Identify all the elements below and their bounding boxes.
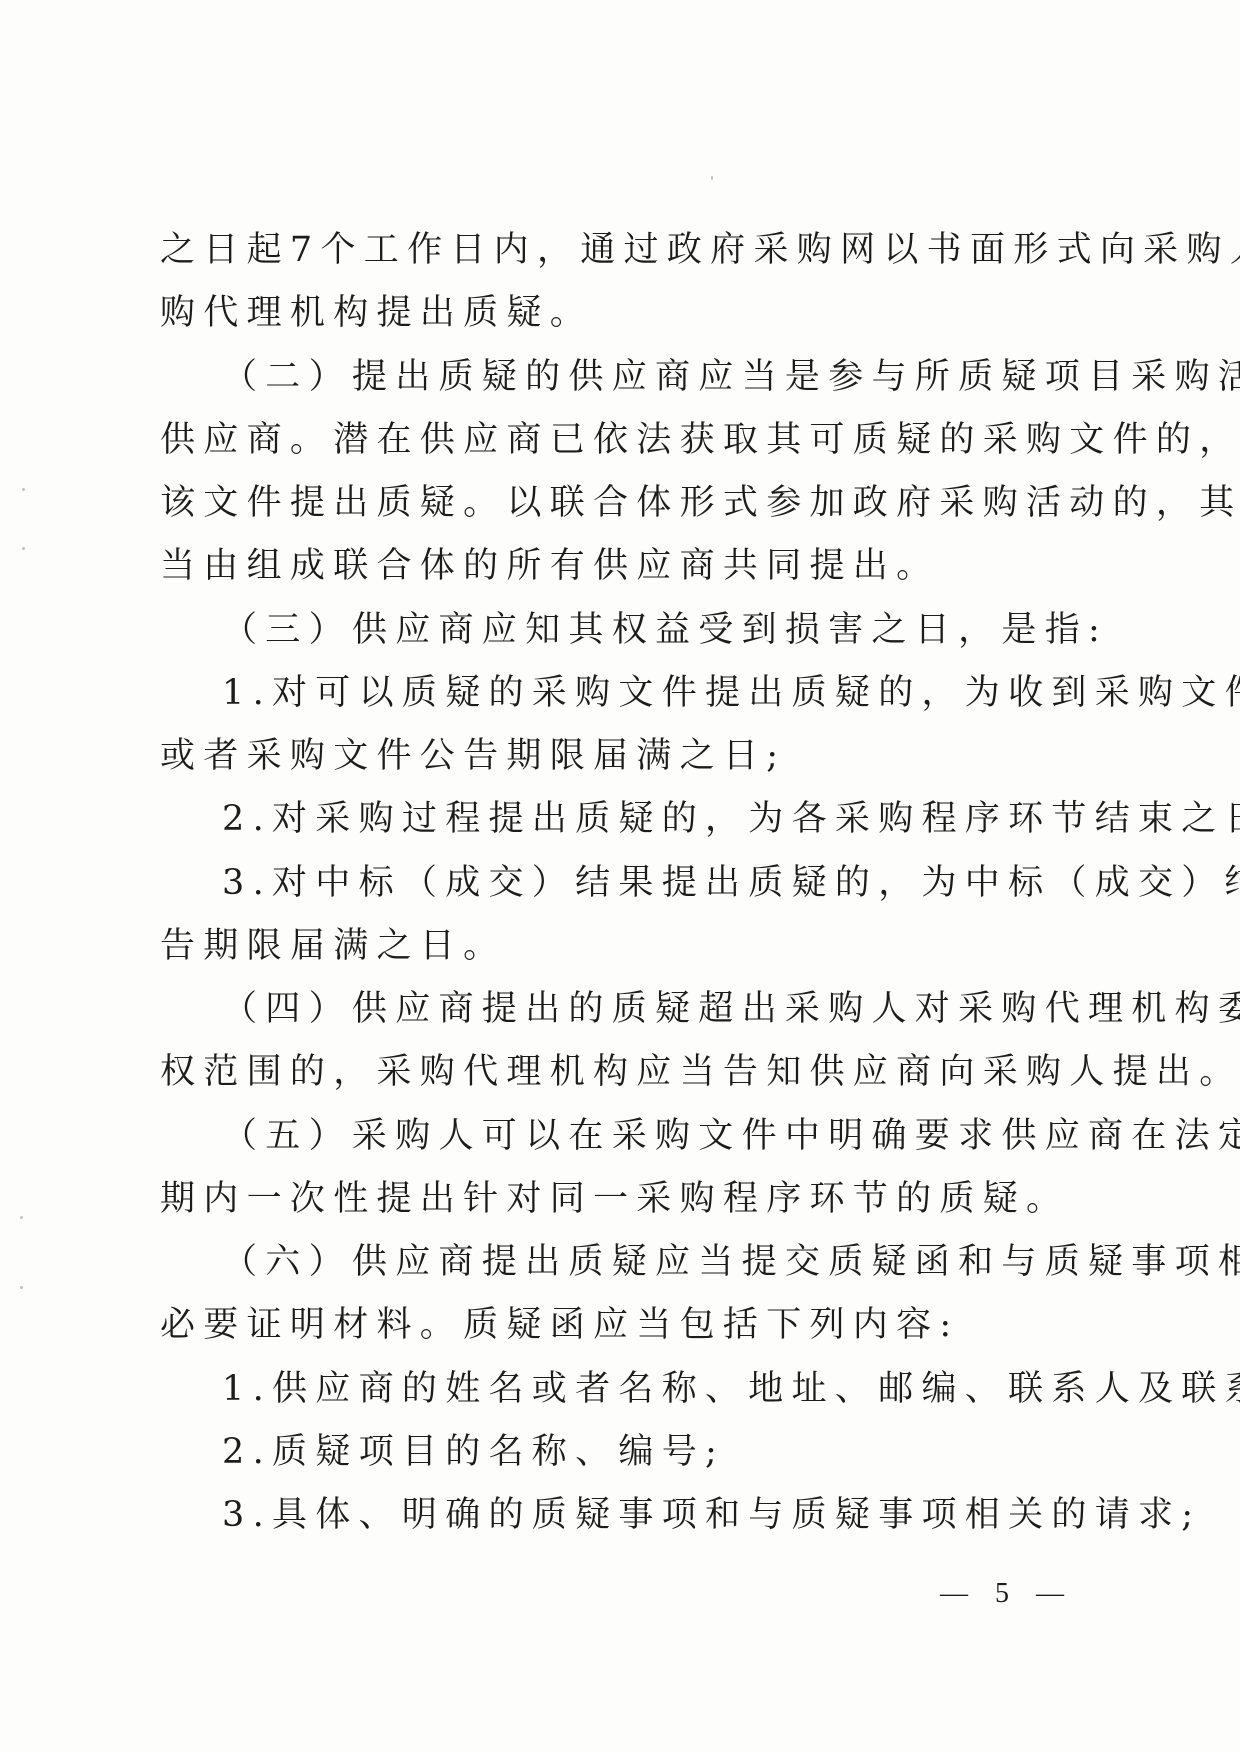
scan-speck [711, 176, 713, 180]
scan-speck [22, 488, 25, 491]
text-line: 期内一次性提出针对同一采购程序环节的质疑。 [160, 1175, 1090, 1238]
text-line: （四）供应商提出的质疑超出采购人对采购代理机构委托授 [160, 985, 1090, 1048]
text-line: 2.质疑项目的名称、编号; [160, 1428, 1090, 1491]
body-text: 之日起7个工作日内，通过政府采购网以书面形式向采购人、采 购代理机构提出质疑。 … [160, 226, 1090, 1554]
text-line: 购代理机构提出质疑。 [160, 289, 1090, 352]
text-line: （二）提出质疑的供应商应当是参与所质疑项目采购活动的 [160, 353, 1090, 416]
text-line: 该文件提出质疑。以联合体形式参加政府采购活动的，其质疑应 [160, 479, 1090, 542]
text-line: （五）采购人可以在采购文件中明确要求供应商在法定质疑 [160, 1112, 1090, 1175]
text-line: 2.对采购过程提出质疑的，为各采购程序环节结束之日; [160, 795, 1090, 858]
text-line: 当由组成联合体的所有供应商共同提出。 [160, 542, 1090, 605]
text-line: 3.对中标（成交）结果提出质疑的，为中标（成交）结果公 [160, 859, 1090, 922]
text-line: （六）供应商提出质疑应当提交质疑函和与质疑事项相关的 [160, 1238, 1090, 1301]
document-page: 之日起7个工作日内，通过政府采购网以书面形式向采购人、采 购代理机构提出质疑。 … [0, 0, 1240, 1753]
text-line: 或者采购文件公告期限届满之日; [160, 732, 1090, 795]
text-line: 供应商。潜在供应商已依法获取其可质疑的采购文件的，可以对 [160, 416, 1090, 479]
text-line: 1.对可以质疑的采购文件提出质疑的，为收到采购文件之日 [160, 669, 1090, 732]
text-line: 必要证明材料。质疑函应当包括下列内容: [160, 1301, 1090, 1364]
text-line: 权范围的，采购代理机构应当告知供应商向采购人提出。 [160, 1048, 1090, 1111]
scan-speck [20, 1286, 23, 1289]
page-number: — 5 — [940, 1578, 1074, 1610]
text-line: 1.供应商的姓名或者名称、地址、邮编、联系人及联系电话; [160, 1365, 1090, 1428]
text-line: 3.具体、明确的质疑事项和与质疑事项相关的请求; [160, 1491, 1090, 1554]
scan-speck [20, 1216, 23, 1219]
text-line: 之日起7个工作日内，通过政府采购网以书面形式向采购人、采 [160, 226, 1090, 289]
scan-speck [22, 547, 25, 550]
text-line: 告期限届满之日。 [160, 922, 1090, 985]
text-line: （三）供应商应知其权益受到损害之日，是指: [160, 606, 1090, 669]
